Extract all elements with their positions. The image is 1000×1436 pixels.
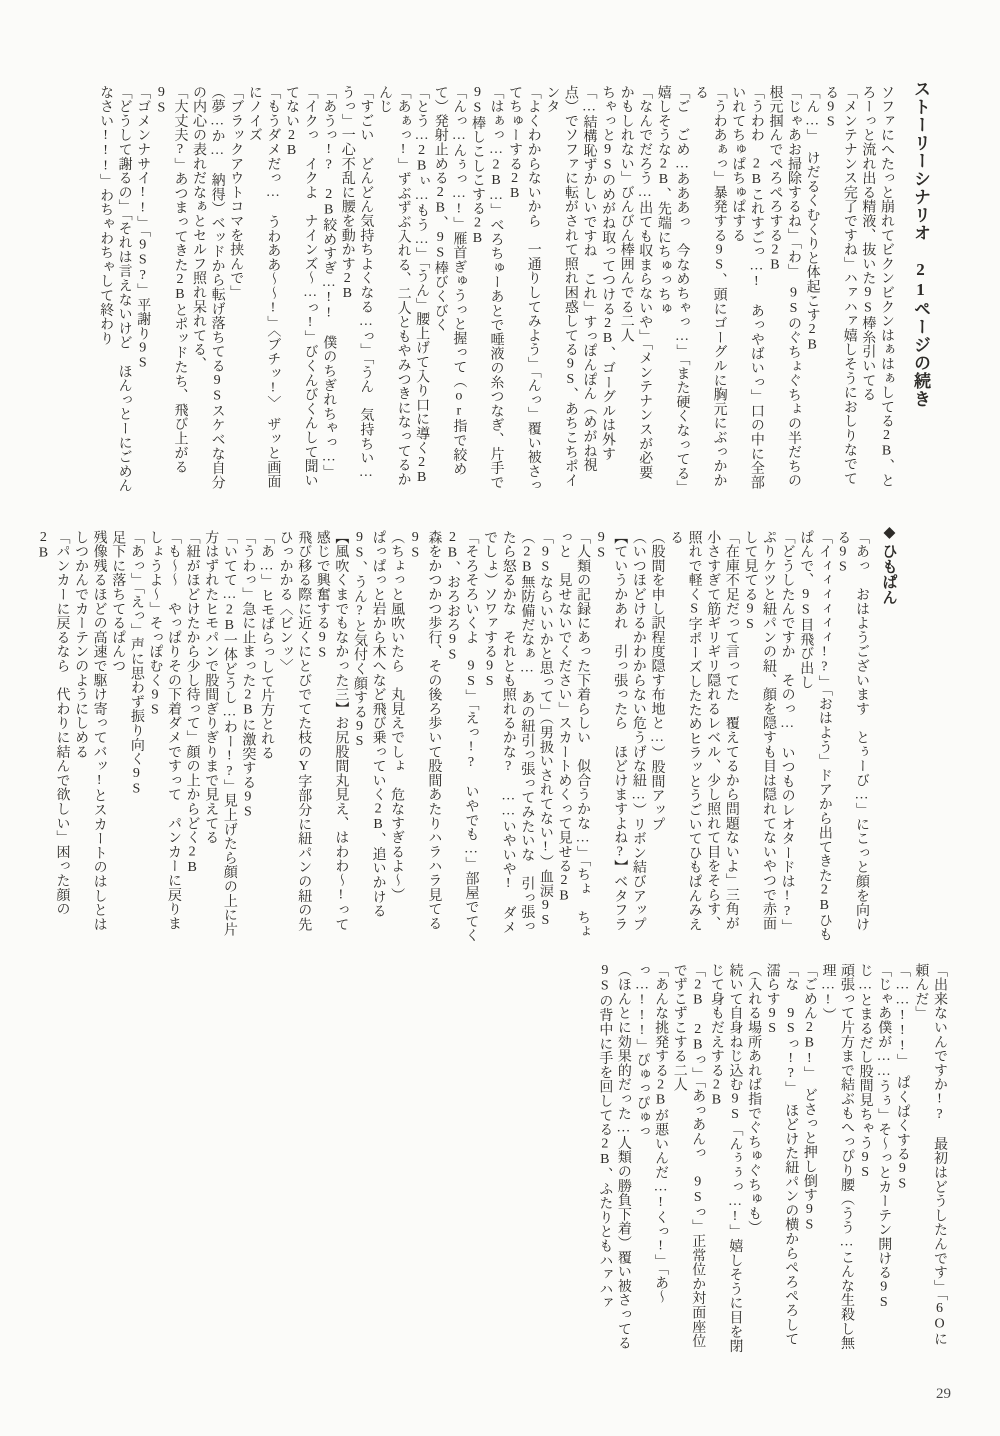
scenario-paragraph: 飛び移る際に近くにとびでてた枝のY字部分に紐パンの紐の先ひっかかる〈ビンッ〉 xyxy=(275,530,312,944)
scenario-paragraph: （ほんとに効果的だった…人類の勝負下着）覆い被さってる9Sの背中に手を回してる2… xyxy=(595,963,632,1355)
scenario-paragraph: 「うわあぁっ」暴発する9S、頭にゴーグルに胸元にぶっかかる xyxy=(690,85,727,493)
scenario-paragraph: 「…結構恥ずかしいですね これ」すっぽんぽん（めがね視点）でソファに転がされて照… xyxy=(542,85,598,493)
scenario-paragraph: 「あんな挑発する2Bが悪いんだ…!くっ!」「あ〜っ…!!!」ぴゅっぴゅっ xyxy=(632,963,669,1355)
himopan-continued-text: 「出来ないんですか!? 最初はどうしたんです」「6Oに頼んだ」「……!!!」 ぱ… xyxy=(595,963,948,1355)
scenario-paragraph: 「紐がほどけたから少し待って」顔の上からどく2B xyxy=(182,530,201,944)
section-heading: ◆ひもぱん xyxy=(876,518,900,944)
scenario-paragraph: 「あうっ!? 2B絞めすぎ…!! 僕のちぎれちゃっ…」「イクっ イクよ ナインズ… xyxy=(281,85,337,493)
scenario-paragraph: 「大丈夫?」あつまってきた2Bとポッドたち、飛び上がる9S xyxy=(151,85,188,493)
scenario-paragraph: 【ていうかあれ 引っ張ったら ほどけますよね?】ベタフラ9S xyxy=(591,530,628,944)
doujin-scenario-sheet: ストーリーシナリオ 21ページの続き ソファにへたっと崩れてビクンビクンはぁはぁ… xyxy=(0,0,1000,1436)
scenario-paragraph: 足下に落ちてるぱんつ xyxy=(108,530,127,944)
section-himopan-continued: 「出来ないんですか!? 最初はどうしたんです」「6Oに頼んだ」「……!!!」 ぱ… xyxy=(595,963,948,1355)
scenario-paragraph: 「どうしたんですか そのっ… いつものレオタードは!?」ぷりケツと紐パンの紐、顔… xyxy=(740,530,796,944)
scenario-paragraph: 「んっ…んぅっ…!」雁首ぎゅうっと握って（or指で絞めて）発射止める2B、9S棒… xyxy=(430,85,467,493)
scenario-paragraph: ちゃっと9Sのめがね取ってつける2B、ゴーグルは外す xyxy=(598,85,617,493)
scenario-paragraph: 「そろそろいくよ 9S」「えっ!? いやでも…」部屋でてく2B、おろおろ9S xyxy=(442,530,479,944)
scenario-paragraph: 「よくわからないから 一通りしてみよう」「んっ」覆い被さってちゅーする2B xyxy=(505,85,542,493)
scenario-paragraph: ぱっぱっと岩から木へなど飛び乗っていく2B、追いかける9S、うん?と気付く顔する… xyxy=(349,530,386,944)
scenario-paragraph: 「人類の記録にあった下着らしい 似合うかな…」「ちょ ちょっと 見せないでくださ… xyxy=(554,530,591,944)
scenario-paragraph: 「とう…2Bぃ…もう…」「うん」腰上げて入り口に導く2B xyxy=(412,85,431,493)
page-number: 29 xyxy=(936,1386,951,1403)
scenario-paragraph: ソファにへたっと崩れてビクンビクンはぁはぁしてる2B、とろーっと流れ出る精液、抜… xyxy=(858,85,895,493)
scenario-paragraph: 「ん…」 けだるくむくりと体起こす2B xyxy=(802,85,821,493)
scenario-paragraph: 「もうダメだっ… うわああ〜〜!」〈ブチッ!〉 ザッと画面にノイズ xyxy=(244,85,281,493)
scenario-paragraph: 「じゃあお掃除するね」「わ」 9Sのぐちょぐちょの半だちの根元掴んでぺろぺろする… xyxy=(765,85,802,493)
scenario-paragraph: 「はぁっ…2B…」べろちゅーあとで唾液の糸つなぎ、片手で9S棒しこしこする2B xyxy=(467,85,504,493)
scenario-paragraph: 森をかつかつ歩行、その後ろ歩いて股間あたりハラハラ見てる9S xyxy=(405,530,442,944)
scenario-paragraph: 「じゃあ僕が……うぅ」そ〜っとカーテン開ける9S xyxy=(874,963,893,1355)
scenario-paragraph: 「イィィィィィィ!?」「おはよう」ドアから出てきた2Bひもぱんで、9S目飛び出し xyxy=(796,530,833,944)
scenario-paragraph: 「あぁっ!」ずぶずぶ入れる、二人ともやみつきになってるかんじ xyxy=(374,85,411,493)
scenario-paragraph: 「2B 2Bっ」「あっあんっ 9Sっ」正常位か対面座位でずこずこする二人 xyxy=(669,963,706,1355)
scenario-paragraph: 「ご ごめ…あああっ 今なめちゃっ…」「また硬くなってる」嬉しそうな2B、先端に… xyxy=(653,85,690,493)
scenario-paragraph: 「ブラックアウトコマを挟んで」 xyxy=(226,85,245,493)
section-story-scenario: ストーリーシナリオ 21ページの続き ソファにへたっと崩れてビクンビクンはぁはぁ… xyxy=(95,63,935,493)
scenario-paragraph: 「なんでだろう…出ても収まらないや」「メンテナンスが必要かもしれない」びんびん棒… xyxy=(616,85,653,493)
scenario-paragraph: じ…とまるだし股間見ちゃう9S xyxy=(855,963,874,1355)
scenario-paragraph: （入れる場所あれば指でぐちゅぐちゅも） xyxy=(743,963,762,1355)
scenario-paragraph: 【風吹くまでもなかった三】お尻股間丸見え、はわわ〜!って感じで興奮する9S xyxy=(312,530,349,944)
scenario-paragraph: 「出来ないんですか!? 最初はどうしたんです」「6Oに頼んだ」 xyxy=(911,963,948,1355)
scenario-paragraph: 続いて自身ねじ込む9S「んぅぅっ…!」嬉しそうに目を閉じて身もだえする2B xyxy=(706,963,743,1355)
scenario-paragraph: 「メンテナンス完了ですね」ハァハァ嬉しそうにおしりなでてる9S xyxy=(821,85,858,493)
scenario-paragraph: 「な 9Sっ!?」 ほどけた紐パンの横からぺろぺろして濡らす9S xyxy=(762,963,799,1355)
scenario-paragraph: 頑張って片方まで結ぶもへっぴり腰（うう…こんな生殺し無理…!） xyxy=(818,963,855,1355)
section-himopan: ◆ひもぱん 「あっ おはようございます とぅーび…」にこっと顔を向ける9S「イィ… xyxy=(33,518,900,944)
scenario-paragraph: 「うわわ 2Bこれすごっ…! あっやばいっ」口の中に全部いれてちゅぱちゅぱする xyxy=(728,85,765,493)
scenario-paragraph: （股間を申し訳程度隠す布地と…）股間アップ xyxy=(647,530,666,944)
scenario-paragraph: 「あっ おはようございます とぅーび…」にこっと顔を向ける9S xyxy=(833,530,870,944)
scenario-paragraph: 残像残るほどの高速で駆け寄ってバッ!とスカートのはしとはしつかんでカーテンのよう… xyxy=(70,530,107,944)
scenario-paragraph: 「9Sならいいかと思って」（男扱いされてない!）血涙9S xyxy=(535,530,554,944)
scenario-paragraph: 「ごめん2B!」 どさっと押し倒す9S xyxy=(799,963,818,1355)
scenario-paragraph: 「も〜〜 やっぱりその下着ダメですって パンカーに戻りましょうよ〜」そっぽむく9… xyxy=(145,530,182,944)
scenario-paragraph: （いつほどけるかわからない危うげな紐…）リボン結びアップ xyxy=(628,530,647,944)
scenario-paragraph: 「ゴメンナサイ!!」「9S?」平謝り9S xyxy=(133,85,152,493)
scenario-paragraph: 「どうして謝るの」「それは言えないけど ほんっとーにごめんなさい!!!」わちゃわ… xyxy=(95,85,132,493)
scenario-paragraph: （ちょっと風吹いたら 丸見えでしょ 危なすぎるよ〜） xyxy=(387,530,406,944)
scenario-paragraph: 「……!!!」 ぱくぱくする9S xyxy=(892,963,911,1355)
scenario-paragraph: 「うわっ」急に止まった2Bに激突する9S xyxy=(238,530,257,944)
scenario-paragraph: （夢…か… 納得）ベッドから転げ落ちてる9Sスケベな自分の内心の表れだなぁとセル… xyxy=(188,85,225,493)
diamond-bullet-icon: ◆ xyxy=(880,522,897,543)
scenario-paragraph: 「あっ」「えっ」声に思わず振り向く9S xyxy=(126,530,145,944)
scenario-paragraph: 「いてて…2B一体どうし…わー!?」見上げたら顔の上に片方はずれたヒモパンで股間… xyxy=(201,530,238,944)
section-heading-text: ひもぱん xyxy=(880,543,897,605)
page-title: ストーリーシナリオ 21ページの続き xyxy=(905,63,935,493)
scenario-paragraph: 「在庫不足だって言ってた 覆えてるから問題ないよ」三角が小さすぎて筋ギリギリ隠れ… xyxy=(665,530,739,944)
scenario-paragraph: 「すごい どんどん気持ちよくなる…っ」「うん 気持ちい… うっ」一心不乱に腰を動… xyxy=(337,85,374,493)
scenario-paragraph: 「パンカーに戻るなら 代わりに結んで欲しい」困った顔の2B xyxy=(33,530,70,944)
scanned-document-page: { "page": { "title": "ストーリーシナリオ 21ページの続き… xyxy=(0,0,1000,1436)
story-scenario-text: ソファにへたっと崩れてビクンビクンはぁはぁしてる2B、とろーっと流れ出る精液、抜… xyxy=(95,63,895,493)
himopan-text: 「あっ おはようございます とぅーび…」にこっと顔を向ける9S「イィィィィィィ!… xyxy=(33,518,870,944)
scenario-paragraph: 「あ…」ヒモぱらっして片方とれる xyxy=(256,530,275,944)
scenario-paragraph: （2B無防備だなぁ… あの紐引っ張ってみたいな 引っ張ったら怒るかな それとも照… xyxy=(480,530,536,944)
